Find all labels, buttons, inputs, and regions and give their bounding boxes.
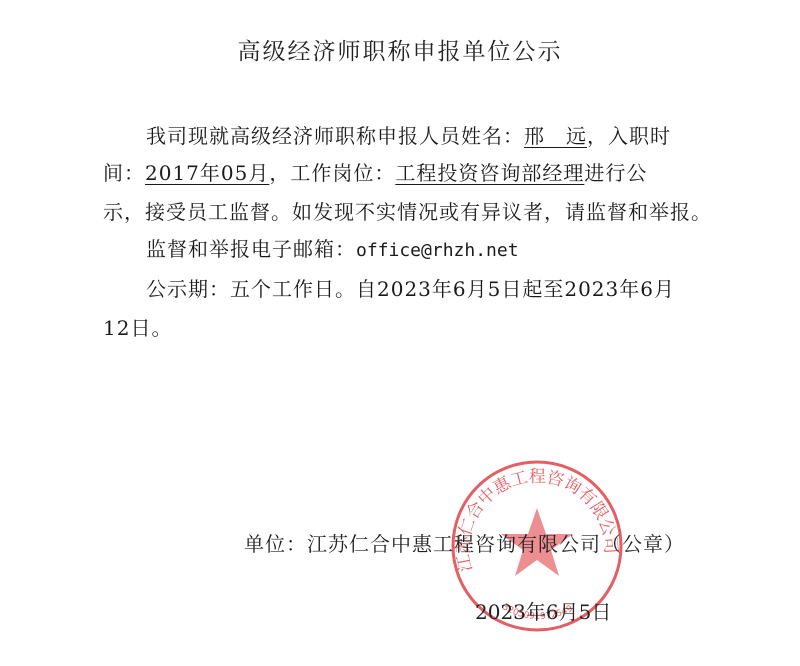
paragraph1-line1: 我司现就高级经济师职称申报人员姓名：邢 远，入职时 <box>146 120 671 149</box>
position-label: ，工作岗位： <box>269 161 395 185</box>
paragraph1-line3: 示，接受员工监督。如发现不实情况或有异议者，请监督和举报。 <box>103 196 712 225</box>
signature-unit: 单位：江苏仁合中惠工程咨询有限公司（公章） <box>244 528 685 557</box>
period-line2: 12日。 <box>103 312 172 341</box>
email-label: 监督和举报电子邮箱： <box>146 237 356 261</box>
time-label: 间： <box>103 161 145 185</box>
email-line: 监督和举报电子邮箱：office@rhzh.net <box>146 233 519 262</box>
applicant-name: 邢 远 <box>524 124 587 148</box>
document-title: 高级经济师职称申报单位公示 <box>0 33 800 66</box>
signature-date: 2023年6月5日 <box>475 596 611 625</box>
intro-suffix: ，入职时 <box>587 124 671 148</box>
line2-suffix: 进行公 <box>584 161 647 185</box>
position-value: 工程投资咨询部经理 <box>395 161 584 185</box>
email-address: office@rhzh.net <box>356 240 519 261</box>
paragraph1-line2: 间：2017年05月，工作岗位：工程投资咨询部经理进行公 <box>103 157 647 186</box>
period-line1: 公示期：五个工作日。自2023年6月5日起至2023年6月 <box>146 273 675 302</box>
intro-text: 我司现就高级经济师职称申报人员姓名： <box>146 124 524 148</box>
hire-date: 2017年05月 <box>145 161 269 185</box>
